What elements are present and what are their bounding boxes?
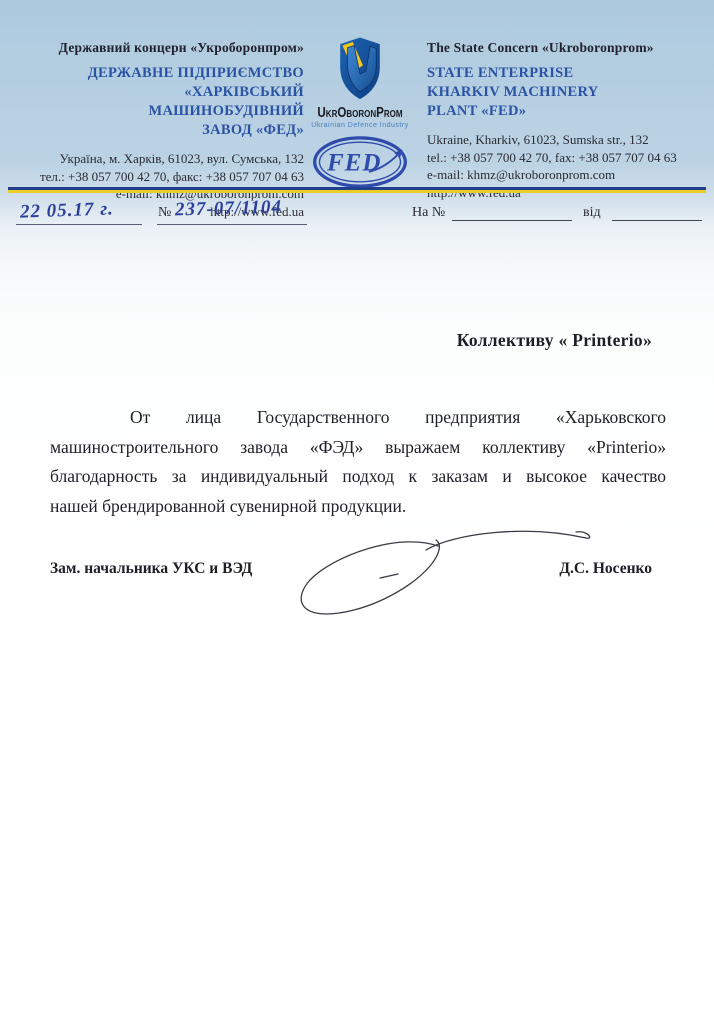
signer-position: Зам. начальника УКС и ВЭД bbox=[50, 560, 252, 578]
enterprise-title-uk-line2: «ХАРКІВСЬКИЙ МАШИНОБУДІВНИЙ bbox=[28, 83, 304, 121]
fed-logo: FED bbox=[311, 135, 409, 189]
header-right-block: The State Concern «Ukroboronprom» STATE … bbox=[427, 40, 699, 201]
logo-column: UkrOboronProm Ukrainian Defence Industry… bbox=[303, 36, 417, 194]
concern-name-en: The State Concern «Ukroboronprom» bbox=[427, 40, 699, 56]
fed-logo-text: FED bbox=[326, 150, 381, 177]
enterprise-title-en: STATE ENTERPRISE KHARKIV MACHINERY PLANT… bbox=[427, 64, 699, 121]
body-line-3: благодарность за индивидуальный подход к… bbox=[50, 462, 666, 492]
date-underline bbox=[16, 224, 142, 225]
body-line-4: нашей брендированной сувенирной продукци… bbox=[50, 492, 666, 522]
ukroboronprom-tagline: Ukrainian Defence Industry bbox=[303, 122, 417, 129]
enterprise-title-en-line1: STATE ENTERPRISE bbox=[427, 64, 699, 83]
ukroboronprom-shield-icon bbox=[338, 36, 382, 102]
phone-en: tel.: +38 057 700 42 70, fax: +38 057 70… bbox=[427, 149, 699, 167]
reference-row: 22 05.17 г. № 237-07/1104 На № від bbox=[0, 198, 714, 232]
address-en: Ukraine, Kharkiv, 61023, Sumska str., 13… bbox=[427, 131, 699, 149]
incoming-number-blank bbox=[452, 220, 572, 221]
header-left-block: Державний концерн «Укроборонпром» ДЕРЖАВ… bbox=[28, 40, 304, 220]
recipient-line: Коллективу « Printerio» bbox=[50, 330, 652, 351]
from-date-blank bbox=[612, 220, 702, 221]
concern-name-uk: Державний концерн «Укроборонпром» bbox=[28, 40, 304, 56]
enterprise-title-en-line2: KHARKIV MACHINERY bbox=[427, 83, 699, 102]
number-underline bbox=[157, 224, 307, 225]
handwritten-number: 237-07/1104 bbox=[175, 197, 283, 222]
enterprise-title-uk-line3: ЗАВОД «ФЕД» bbox=[28, 121, 304, 140]
flag-divider bbox=[8, 187, 706, 193]
body-line-1: От лица Государственного предприятия «Ха… bbox=[50, 403, 666, 433]
handwritten-signature bbox=[288, 518, 604, 626]
letter-body: От лица Государственного предприятия «Ха… bbox=[50, 403, 666, 521]
handwritten-date: 22 05.17 г. bbox=[20, 198, 114, 223]
divider-yellow-stripe bbox=[8, 190, 706, 193]
enterprise-title-uk: ДЕРЖАВНЕ ПІДПРИЄМСТВО «ХАРКІВСЬКИЙ МАШИН… bbox=[28, 64, 304, 140]
incoming-number-label: На № bbox=[412, 205, 445, 221]
enterprise-title-en-line3: PLANT «FED» bbox=[427, 102, 699, 121]
enterprise-title-uk-line1: ДЕРЖАВНЕ ПІДПРИЄМСТВО bbox=[28, 64, 304, 83]
body-line-2: машиностроительного завода «ФЭД» выражае… bbox=[50, 433, 666, 463]
from-date-label: від bbox=[583, 205, 601, 221]
letter-page: Державний концерн «Укроборонпром» ДЕРЖАВ… bbox=[0, 0, 714, 1024]
address-uk: Україна, м. Харків, 61023, вул. Сумська,… bbox=[28, 150, 304, 168]
phone-uk: тел.: +38 057 700 42 70, факс: +38 057 7… bbox=[28, 168, 304, 186]
number-sign-label: № bbox=[158, 205, 171, 221]
email-en: e-mail: khmz@ukroboronprom.com bbox=[427, 166, 699, 184]
ukroboronprom-wordmark: UkrOboronProm bbox=[314, 105, 405, 121]
